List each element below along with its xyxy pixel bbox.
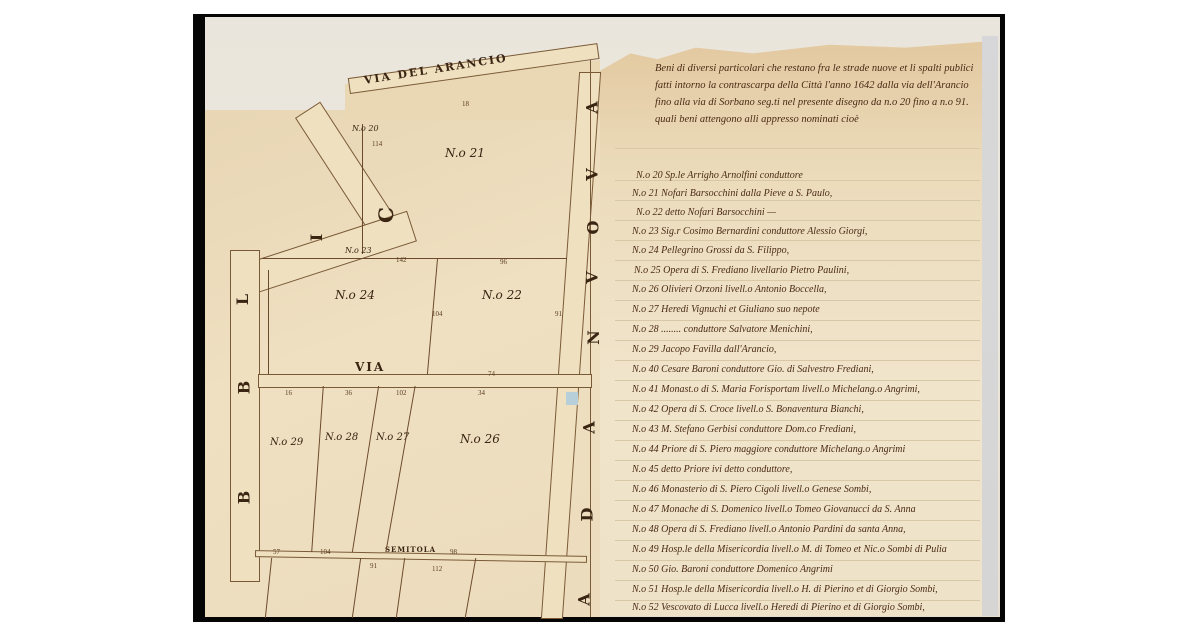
road-letter: D: [577, 508, 596, 522]
measurement: 34: [478, 389, 485, 397]
list-entry: N.o 20 Sp.le Arrigho Arnolfini conduttor…: [636, 170, 803, 181]
ruled-line: [615, 580, 980, 581]
road-letter: A: [575, 593, 594, 605]
list-entry: N.o 51 Hosp.le della Misericordia livell…: [632, 584, 938, 595]
list-entry: N.o 48 Opera di S. Frediano livell.o Ant…: [632, 524, 906, 535]
list-entry: N.o 21 Nofari Barsocchini dalla Pieve a …: [632, 188, 832, 199]
ruled-line: [615, 520, 980, 521]
blue-stain: [566, 392, 578, 405]
ruled-line: [615, 280, 980, 281]
ruled-line: [615, 360, 980, 361]
list-entry: N.o 40 Cesare Baroni conduttore Gio. di …: [632, 364, 874, 375]
list-entry: N.o 52 Vescovato di Lucca livell.o Hered…: [632, 602, 925, 613]
list-entry: N.o 42 Opera di S. Croce livell.o S. Bon…: [632, 404, 864, 415]
measurement: 112: [432, 565, 442, 573]
measurement: 102: [396, 389, 407, 397]
ruled-line: [615, 300, 980, 301]
road-via: [258, 374, 592, 388]
list-entry: N.o 49 Hosp.le della Misericordia livell…: [632, 544, 947, 555]
ruled-line: [615, 380, 980, 381]
ruled-line: [615, 420, 980, 421]
ruled-line: [615, 440, 980, 441]
measurement: 57: [273, 548, 280, 556]
measurement: 142: [396, 256, 407, 264]
list-entry: N.o 46 Monasterio di S. Piero Cigoli liv…: [632, 484, 871, 495]
ruled-line: [615, 220, 980, 221]
road-letter: V: [583, 271, 602, 283]
ruled-line: [615, 240, 980, 241]
list-entry: N.o 29 Jacopo Favilla dall'Arancio,: [632, 344, 776, 355]
measurement: 91: [555, 310, 562, 318]
ruled-line: [615, 260, 980, 261]
road-letter: B: [234, 491, 253, 505]
list-entry: N.o 28 ........ conduttore Salvatore Men…: [632, 324, 813, 335]
boundary-line: [268, 270, 269, 374]
parcel-label: N.o 29: [270, 437, 303, 448]
ruled-line: [615, 400, 980, 401]
ruled-line: [615, 340, 980, 341]
road-letter: O: [583, 221, 602, 235]
ruled-line: [615, 460, 980, 461]
road-letter: L: [233, 294, 252, 305]
parcel-label: N.o 24: [335, 288, 375, 302]
road-label-via: VIA: [355, 360, 385, 374]
road-letter: B: [234, 381, 253, 395]
ruled-line: [615, 540, 980, 541]
measurement: 98: [450, 548, 457, 556]
measurement: 16: [285, 389, 292, 397]
list-entry: N.o 24 Pellegrino Grossi da S. Filippo,: [632, 245, 789, 256]
list-entry: N.o 45 detto Priore ivi detto conduttore…: [632, 464, 792, 475]
boundary-line: [362, 124, 363, 254]
road-label-semitola: SEMITOLA: [385, 545, 436, 554]
measurement: 74: [488, 370, 495, 378]
ruled-line: [615, 500, 980, 501]
ruled-line: [615, 560, 980, 561]
list-title: Beni di diversi particolari che restano …: [655, 60, 975, 128]
measurement: 114: [372, 140, 382, 148]
measurement: 91: [370, 562, 377, 570]
ruled-line: [615, 148, 980, 149]
measurement: 104: [320, 548, 331, 556]
list-entry: N.o 44 Priore di S. Piero maggiore condu…: [632, 444, 905, 455]
list-sheet-edge: [982, 36, 998, 616]
measurement: 18: [462, 100, 469, 108]
map-sheet: [205, 110, 600, 617]
road-letter: N: [584, 330, 603, 345]
boundary-line: [262, 258, 567, 259]
road-letter: V: [583, 168, 602, 180]
measurement: 96: [500, 258, 507, 266]
parcel-label: N.o 26: [460, 432, 500, 446]
ruled-line: [615, 600, 980, 601]
list-entry: N.o 43 M. Stefano Gerbisi conduttore Dom…: [632, 424, 856, 435]
list-title-text: Beni di diversi particolari che restano …: [655, 63, 973, 125]
list-entry: N.o 27 Heredi Vignuchi et Giuliano suo n…: [632, 304, 820, 315]
measurement: 104: [432, 310, 443, 318]
road-letter: A: [583, 101, 602, 113]
list-entry: N.o 47 Monache di S. Domenico livell.o T…: [632, 504, 916, 515]
ruled-line: [615, 200, 980, 201]
ruled-line: [615, 480, 980, 481]
parcel-label: N.o 20: [352, 124, 379, 133]
parcel-label: N.o 27: [376, 432, 409, 443]
list-entry: N.o 50 Gio. Baroni conduttore Domenico A…: [632, 564, 833, 575]
parcel-label: N.o 22: [482, 288, 522, 302]
road-letter: C: [374, 207, 398, 223]
measurement: 36: [345, 389, 352, 397]
ruled-line: [615, 320, 980, 321]
list-entry: N.o 22 detto Nofari Barsocchini —: [636, 207, 776, 218]
list-entry: N.o 23 Sig.r Cosimo Bernardini conduttor…: [632, 226, 867, 237]
list-entry: N.o 26 Olivieri Orzoni livell.o Antonio …: [632, 284, 827, 295]
road-letter: A: [580, 421, 599, 433]
parcel-label: N.o 23: [345, 246, 372, 255]
road-letter: I: [307, 234, 326, 241]
parcel-label: N.o 28: [325, 432, 358, 443]
parcel-label: N.o 21: [445, 146, 485, 160]
list-entry: N.o 41 Monast.o di S. Maria Forisportam …: [632, 384, 920, 395]
list-entry: N.o 25 Opera di S. Frediano livellario P…: [634, 265, 849, 276]
